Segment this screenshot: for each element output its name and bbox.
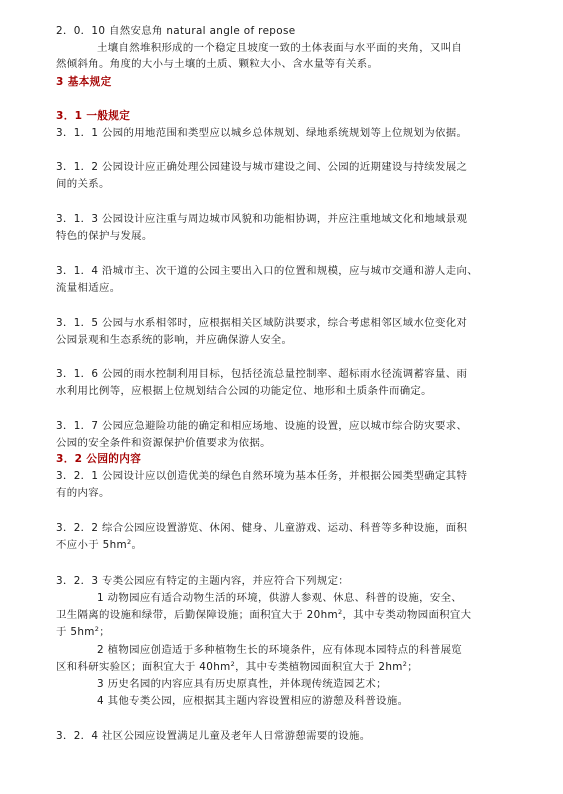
term-heading-2-0-10: 2．0．10 自然安息角 natural angle of repose <box>56 24 508 38</box>
clause-3-1-7: 3．1．7 公园应急避险功能的确定和相应场地、设施的设置，应以城市综合防灾要求、 <box>56 419 508 433</box>
text-segment: 区和科研实验区；面积宜大于 40hm <box>56 661 231 673</box>
text-segment: ，其中专类动物园面积宜大 <box>343 609 472 621</box>
list-item-3: 3 历史名园的内容应具有历史原真性，并体现传统造园艺术； <box>97 677 549 691</box>
clause-3-2-3: 3．2．3 专类公园应有特定的主题内容，并应符合下列规定： <box>56 574 508 588</box>
paragraph-line: 公园景观和生态系统的影响，并应确保游人安全。 <box>56 333 508 347</box>
text-segment: 。 <box>131 539 142 551</box>
paragraph-line: 水利用比例等，应根据上位规划结合公园的功能定位、地形和土质条件而确定。 <box>56 384 508 398</box>
section-heading-3-1: 3．1 一般规定 <box>56 109 508 123</box>
text-segment: 不应小于 5hm <box>56 539 127 551</box>
document-page: 2．0．10 自然安息角 natural angle of repose 土壤自… <box>0 0 563 794</box>
paragraph-line: 于 5hm2； <box>56 625 508 639</box>
paragraph-line: 公园的安全条件和资源保护价值要求为依据。 <box>56 436 508 450</box>
paragraph-line: 然倾斜角。角度的大小与土壤的土质、颗粒大小、含水量等有关系。 <box>56 57 508 71</box>
clause-3-2-2: 3．2．2 综合公园应设置游览、休闲、健身、儿童游戏、运动、科普等多种设施，面积 <box>56 521 508 535</box>
clause-3-1-4: 3．1．4 沿城市主、次干道的公园主要出入口的位置和规模，应与城市交通和游人走向… <box>56 264 508 278</box>
chapter-heading-3: 3 基本规定 <box>56 75 508 89</box>
clause-3-1-2: 3．1．2 公园设计应正确处理公园建设与城市建设之间、公园的近期建设与持续发展之 <box>56 160 508 174</box>
text-segment: ，其中专类植物园面积宜大于 2hm <box>235 661 403 673</box>
paragraph-line: 区和科研实验区；面积宜大于 40hm2，其中专类植物园面积宜大于 2hm2； <box>56 660 508 674</box>
list-item-1: 1 动物园应有适合动物生活的环境，供游人参观、休息、科普的设施，安全、 <box>97 591 549 605</box>
list-item-4: 4 其他专类公园，应根据其主题内容设置相应的游憩及科普设施。 <box>97 694 549 708</box>
paragraph-line: 卫生隔离的设施和绿带，后勤保障设施；面积宜大于 20hm2，其中专类动物园面积宜… <box>56 608 508 622</box>
paragraph-line: 流量相适应。 <box>56 281 508 295</box>
paragraph-line: 特色的保护与发展。 <box>56 229 508 243</box>
clause-3-1-6: 3．1．6 公园的雨水控制利用目标，包括径流总量控制率、超标雨水径流调蓄容量、雨 <box>56 367 508 381</box>
clause-3-1-1: 3．1．1 公园的用地范围和类型应以城乡总体规划、绿地系统规划等上位规划为依据。 <box>56 126 508 140</box>
clause-3-1-5: 3．1．5 公园与水系相邻时，应根据相关区域防洪要求，综合考虑相邻区域水位变化对 <box>56 316 508 330</box>
text-segment: ； <box>407 661 418 673</box>
text-segment: 卫生隔离的设施和绿带，后勤保障设施；面积宜大于 20hm <box>56 609 338 621</box>
section-heading-3-2: 3．2 公园的内容 <box>56 452 508 466</box>
text-segment: 于 5hm <box>56 626 95 638</box>
term-text: 2．0．10 自然安息角 natural angle of repose <box>56 25 295 37</box>
paragraph-line: 间的关系。 <box>56 177 508 191</box>
paragraph-line: 不应小于 5hm2。 <box>56 538 508 552</box>
list-item-2: 2 植物园应创造适于多种植物生长的环境条件，应有体现本园特点的科普展览 <box>97 643 549 657</box>
clause-3-2-1: 3．2．1 公园设计应以创造优美的绿色自然环境为基本任务，并根据公园类型确定其特 <box>56 469 508 483</box>
paragraph-line: 有的内容。 <box>56 486 508 500</box>
clause-3-1-3: 3．1．3 公园设计应注重与周边城市风貌和功能相协调，并应注重地域文化和地域景观 <box>56 212 508 226</box>
paragraph-line: 土壤自然堆积形成的一个稳定且坡度一致的土体表面与水平面的夹角，又叫自 <box>97 41 549 55</box>
clause-3-2-4: 3．2．4 社区公园应设置满足儿童及老年人日常游憩需要的设施。 <box>56 729 508 743</box>
text-segment: ； <box>99 626 110 638</box>
